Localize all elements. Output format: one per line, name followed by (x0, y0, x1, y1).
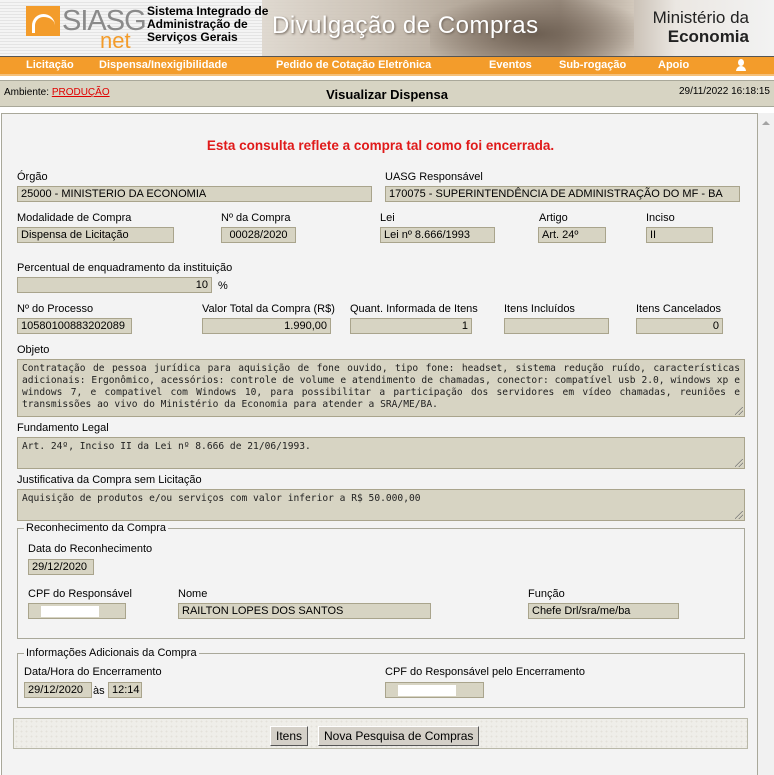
cpf-encerramento-label: CPF do Responsável pelo Encerramento (385, 666, 585, 678)
justificativa-textarea[interactable]: Aquisição de produtos e/ou serviços com … (17, 489, 745, 521)
logo-subtext: net (100, 30, 131, 52)
valor-total-label: Valor Total da Compra (R$) (202, 303, 335, 315)
ministry-line1: Ministério da (653, 8, 749, 27)
uasg-field: 170075 - SUPERINTENDÊNCIA DE ADMINISTRAÇ… (385, 186, 740, 202)
scroll-up-arrow-icon[interactable] (762, 121, 770, 125)
lei-label: Lei (380, 212, 395, 224)
button-bar: Itens Nova Pesquisa de Compras (13, 718, 748, 749)
itens-incluidos-label: Itens Incluídos (504, 303, 575, 315)
artigo-field: Art. 24º (538, 227, 606, 243)
data-reconhecimento-field: 29/12/2020 (28, 559, 94, 575)
quant-itens-label: Quant. Informada de Itens (350, 303, 478, 315)
justificativa-text: Aquisição de produtos e/ou serviços com … (22, 493, 421, 504)
artigo-label: Artigo (539, 212, 568, 224)
numero-compra-label: Nº da Compra (221, 212, 290, 224)
quant-itens-field: 1 (350, 318, 472, 334)
orgao-field: 25000 - MINISTERIO DA ECONOMIA (17, 186, 372, 202)
funcao-field: Chefe Drl/sra/me/ba (528, 603, 679, 619)
fundamento-label: Fundamento Legal (17, 422, 109, 434)
lei-field: Lei nº 8.666/1993 (380, 227, 495, 243)
menu-item-apoio[interactable]: Apoio (658, 59, 689, 71)
current-datetime: 29/11/2022 16:18:15 (679, 86, 770, 97)
objeto-textarea[interactable]: Contratação de pessoa jurídica para aqui… (17, 359, 745, 417)
cpf-encerramento-field (385, 682, 484, 698)
ministry-name: Ministério da Economia (653, 8, 749, 46)
menu-item-eventos[interactable]: Eventos (489, 59, 532, 71)
itens-button[interactable]: Itens (270, 726, 308, 746)
valor-total-field: 1.990,00 (202, 318, 331, 334)
reconhecimento-fieldset: Reconhecimento da Compra (17, 522, 745, 639)
objeto-text: Contratação de pessoa jurídica para aqui… (22, 363, 740, 410)
adicionais-legend: Informações Adicionais da Compra (24, 647, 199, 659)
menu-item-licitacao[interactable]: Licitação (26, 59, 74, 71)
nome-label: Nome (178, 588, 207, 600)
title-bar: Ambiente: PRODUÇÃO Visualizar Dispensa 2… (0, 80, 774, 107)
resize-grip-icon[interactable] (735, 459, 743, 467)
fundamento-textarea[interactable]: Art. 24º, Inciso II da Lei nº 8.666 de 2… (17, 437, 745, 469)
inciso-field: II (646, 227, 713, 243)
numero-compra-field: 00028/2020 (221, 227, 296, 243)
menu-item-cotacao-eletronica[interactable]: Pedido de Cotação Eletrônica (276, 59, 431, 71)
reconhecimento-legend: Reconhecimento da Compra (24, 522, 168, 534)
modalidade-label: Modalidade de Compra (17, 212, 131, 224)
modalidade-field: Dispensa de Licitação (17, 227, 174, 243)
system-name: Sistema Integrado de Administração de Se… (147, 5, 268, 44)
resize-grip-icon[interactable] (735, 511, 743, 519)
header-banner: SIASG net Sistema Integrado de Administr… (0, 0, 774, 57)
content-panel: Esta consulta reflete a compra tal como … (1, 113, 758, 775)
fundamento-text: Art. 24º, Inciso II da Lei nº 8.666 de 2… (22, 441, 311, 452)
cpf-responsavel-label: CPF do Responsável (28, 588, 132, 600)
user-icon[interactable] (735, 59, 747, 72)
main-menu: Licitação Dispensa/Inexigibilidade Pedid… (0, 57, 774, 76)
page-title: Visualizar Dispensa (0, 87, 774, 102)
itens-cancelados-label: Itens Cancelados (636, 303, 721, 315)
encerramento-time-field: 12:14 (108, 682, 142, 698)
objeto-label: Objeto (17, 344, 49, 356)
encerramento-sep: às (93, 685, 105, 697)
data-reconhecimento-label: Data do Reconhecimento (28, 543, 152, 555)
ministry-line2: Economia (668, 27, 749, 46)
uasg-label: UASG Responsável (385, 171, 483, 183)
encerramento-label: Data/Hora do Encerramento (24, 666, 162, 678)
percentual-label: Percentual de enquadramento da instituiç… (17, 262, 232, 274)
nome-field: RAILTON LOPES DOS SANTOS (178, 603, 431, 619)
menu-item-dispensa[interactable]: Dispensa/Inexigibilidade (99, 59, 227, 71)
notice-message: Esta consulta reflete a compra tal como … (2, 138, 759, 153)
cpf-responsavel-field (28, 603, 126, 619)
resize-grip-icon[interactable] (735, 407, 743, 415)
vertical-scrollbar[interactable] (758, 113, 774, 775)
processo-label: Nº do Processo (17, 303, 93, 315)
inciso-label: Inciso (646, 212, 675, 224)
encerramento-date-field: 29/12/2020 (24, 682, 92, 698)
menu-item-sub-rogacao[interactable]: Sub-rogação (559, 59, 626, 71)
funcao-label: Função (528, 588, 565, 600)
itens-cancelados-field: 0 (636, 318, 723, 334)
banner-title: Divulgação de Compras (272, 12, 539, 40)
siasg-logo-icon (26, 6, 60, 36)
percent-unit: % (218, 280, 228, 292)
processo-field: 10580100883202089 (17, 318, 132, 334)
orgao-label: Órgão (17, 171, 48, 183)
percentual-field: 10 (17, 277, 212, 293)
nova-pesquisa-button[interactable]: Nova Pesquisa de Compras (318, 726, 479, 746)
justificativa-label: Justificativa da Compra sem Licitação (17, 474, 202, 486)
itens-incluidos-field (504, 318, 609, 334)
system-name-line: Serviços Gerais (147, 31, 268, 44)
